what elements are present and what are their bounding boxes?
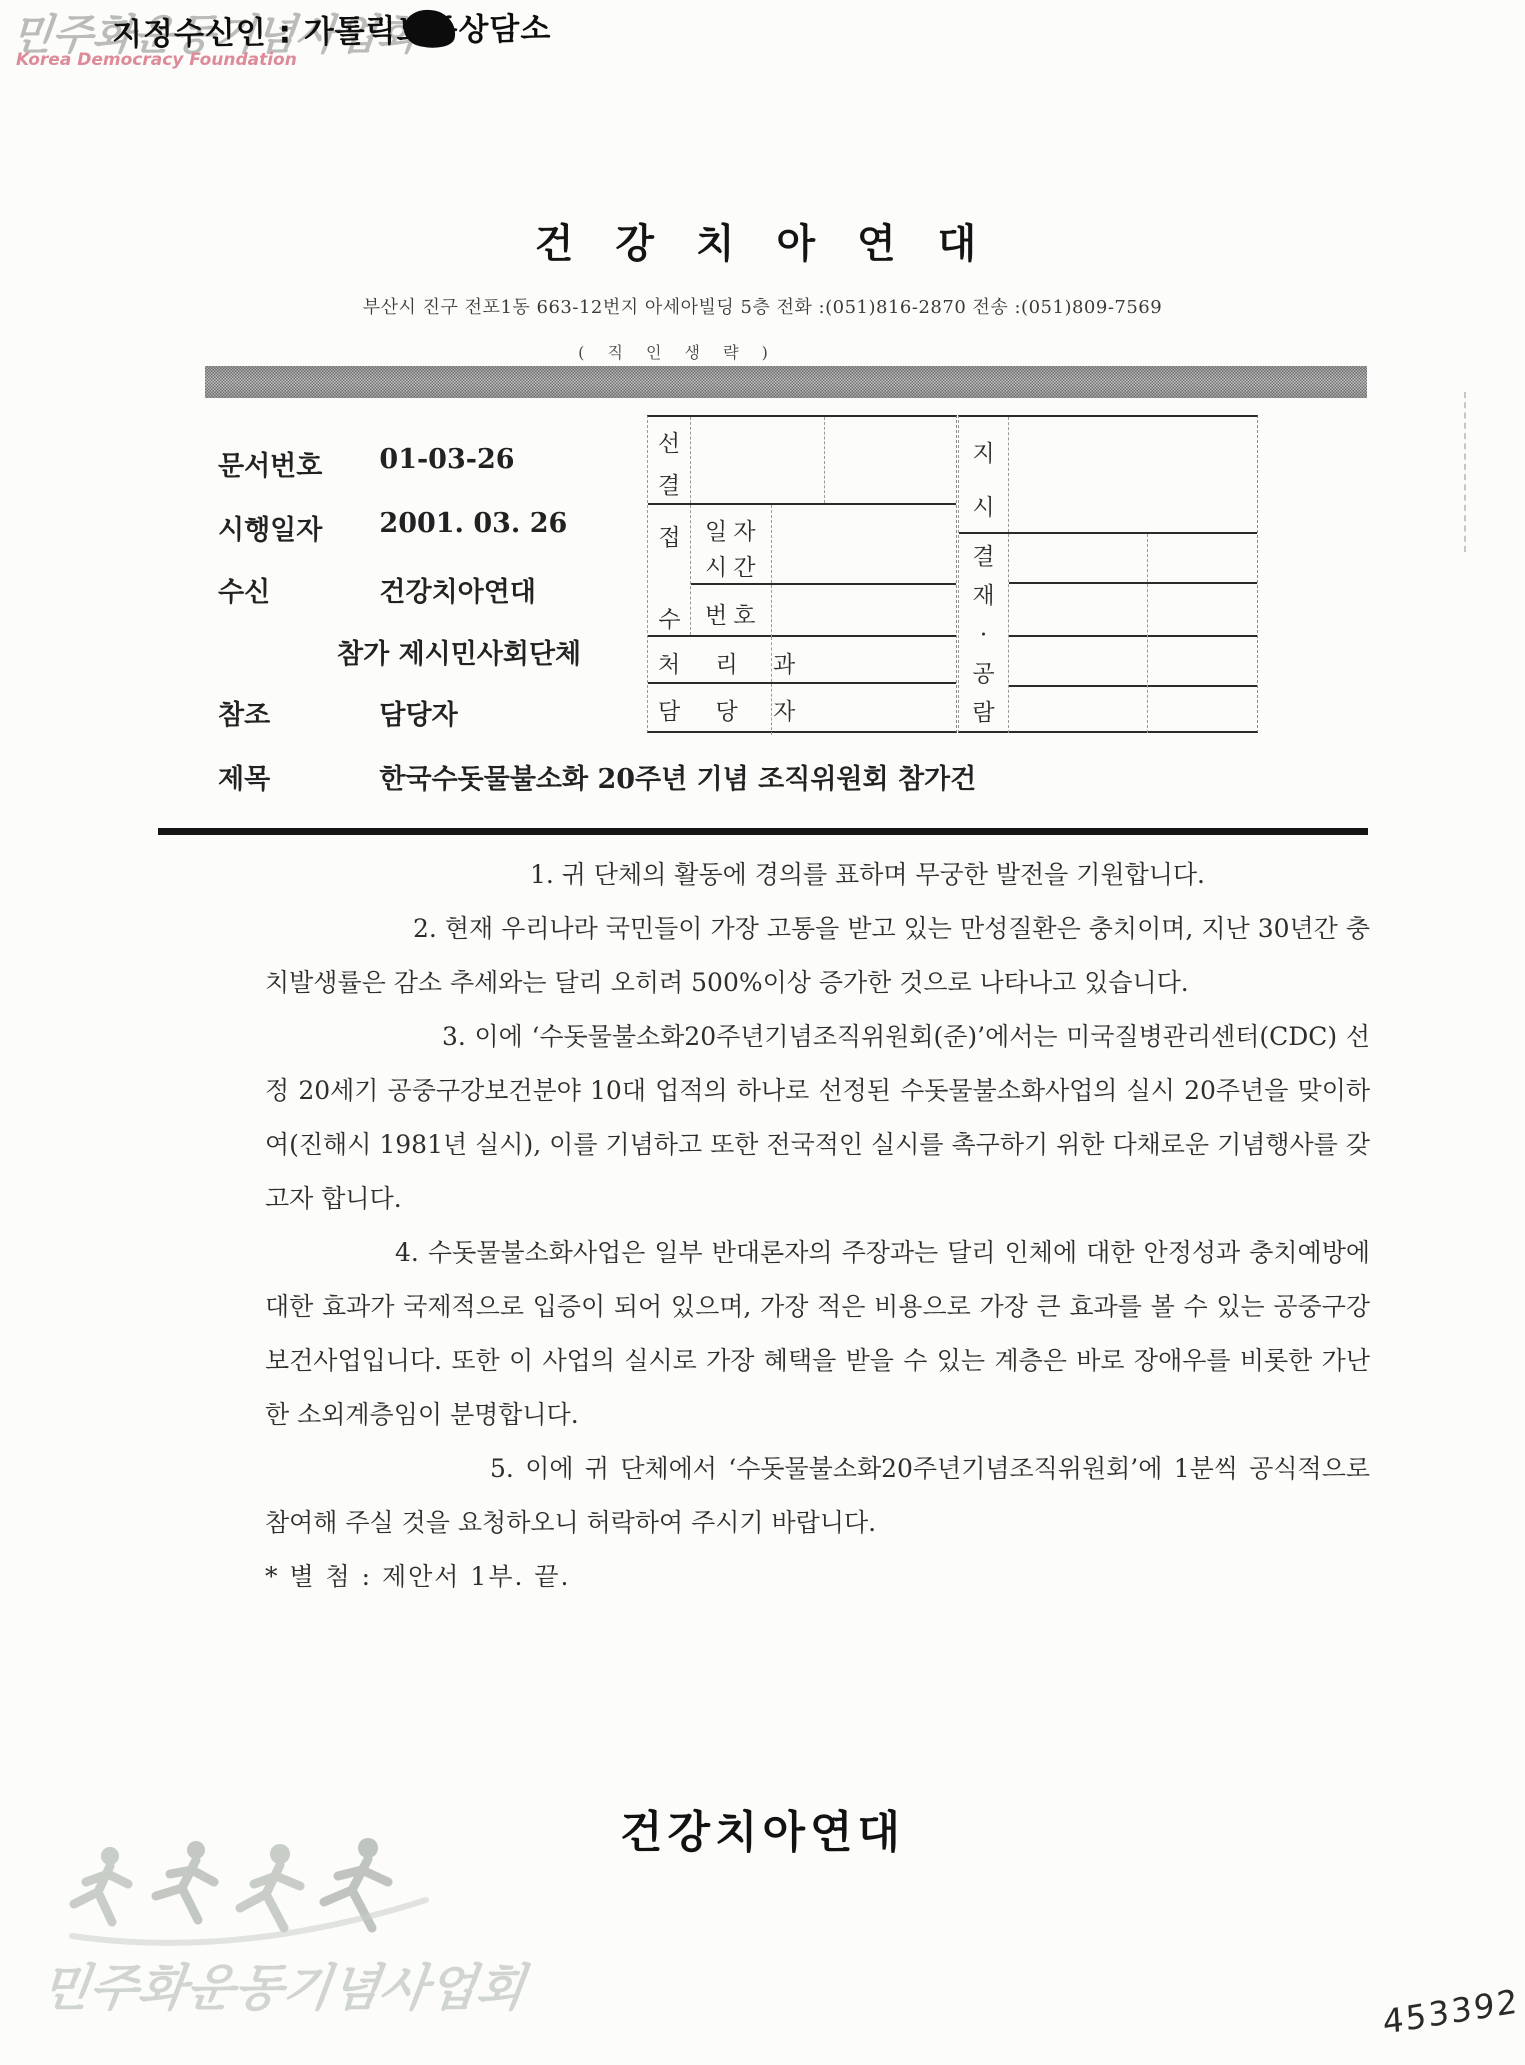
handwritten-recipient-note: 지정수신인 : 가톨릭노동상담소 <box>112 3 552 54</box>
section-divider-rule <box>158 828 1368 835</box>
approval-rows <box>1009 534 1257 733</box>
directive-row: 지시 <box>959 417 1257 534</box>
recipient-extra-value: 참가 제시민사회단체 <box>337 639 581 670</box>
cell-divider <box>771 585 772 637</box>
cc-value: 담당자 <box>379 693 457 732</box>
issue-date-label: 시행일자 <box>218 508 335 547</box>
org-title: 건 강 치 아 연 대 <box>0 212 1525 269</box>
receipt-date-label: 일자 <box>705 513 761 546</box>
approval-circulation-label-cell: 결재·공람 <box>959 534 1009 733</box>
approval-row <box>1009 584 1257 637</box>
seal-omitted-note: ( 직 인 생 략 ) <box>0 340 1355 363</box>
cell-divider <box>771 505 772 583</box>
officer-row: 담 당 자 <box>648 684 956 735</box>
directive-label-cell: 지시 <box>959 417 1009 532</box>
cell-divider <box>771 684 772 735</box>
recipient-value: 건강치아연대 <box>379 570 536 609</box>
receipt-label-bottom: 수 <box>648 601 691 634</box>
meta-row-recipient: 수신 건강치아연대 <box>218 570 536 609</box>
org-address-line: 부산시 진구 전포1동 663-12번지 아세아빌딩 5층 전화 :(051)8… <box>0 293 1525 319</box>
scanned-document-page: 민주화운동기념사업회 Korea Democracy Foundation 지정… <box>0 0 1525 2065</box>
body-paragraph-4: 4. 수돗물불소화사업은 일부 반대론자의 주장과는 달리 인체에 대한 안정성… <box>265 1226 1370 1442</box>
halftone-divider-band <box>205 366 1367 398</box>
receipt-number-label: 번호 <box>705 597 761 630</box>
receipt-stamp-table: 선결 접 수 일자 시간 번호 처 리 과 담 당 자 <box>647 415 957 733</box>
handwritten-archive-number: 453392 <box>1382 1981 1520 2042</box>
meta-row-recipient-extra: 참가 제시민사회단체 <box>337 632 581 671</box>
directive-label: 지시 <box>970 427 996 535</box>
receipt-section: 접 수 일자 시간 번호 <box>648 505 956 637</box>
doc-number-value: 01-03-26 <box>379 444 514 475</box>
letter-body: 1. 귀 단체의 활동에 경의를 표하며 무궁한 발전을 기원합니다. 2. 현… <box>265 848 1370 1604</box>
approval-stamp-table: 지시 결재·공람 <box>958 415 1258 733</box>
cell-divider <box>1147 534 1148 733</box>
running-figures-watermark <box>58 1838 438 1953</box>
receipt-label-top: 접 <box>648 519 691 552</box>
officer-label: 담 당 자 <box>658 693 809 726</box>
receipt-label-cell: 접 수 <box>648 505 691 635</box>
approval-circulation-label: 결재·공람 <box>970 538 996 733</box>
meta-row-cc: 참조 담당자 <box>218 693 458 732</box>
subject-label: 제목 <box>218 757 335 796</box>
approval-row <box>1009 687 1257 733</box>
issue-date-value: 2001. 03. 26 <box>379 508 567 539</box>
cc-label: 참조 <box>218 693 335 732</box>
meta-row-issue-date: 시행일자 2001. 03. 26 <box>218 508 567 547</box>
body-paragraph-1: 1. 귀 단체의 활동에 경의를 표하며 무궁한 발전을 기원합니다. <box>265 848 1370 902</box>
pre-approval-label: 선결 <box>656 423 682 507</box>
pre-approval-row: 선결 <box>648 417 956 505</box>
running-figures-group <box>72 1838 426 1943</box>
receipt-time-label: 시간 <box>705 549 761 582</box>
cell-divider <box>824 417 825 503</box>
foundation-watermark-korean-bottom: 민주화운동기념사업회 <box>38 1948 530 2020</box>
meta-row-doc-number: 문서번호 01-03-26 <box>218 444 515 483</box>
attachment-note: * 별 첨 : 제안서 1부. 끝. <box>265 1550 1370 1604</box>
body-paragraph-2: 2. 현재 우리나라 국민들이 가장 고통을 받고 있는 만성질환은 충치이며,… <box>265 902 1370 1010</box>
approval-circulation-section: 결재·공람 <box>959 534 1257 733</box>
pre-approval-label-cell: 선결 <box>648 417 691 503</box>
receipt-datetime-row: 일자 시간 <box>691 505 956 585</box>
approval-row <box>1009 637 1257 687</box>
handling-dept-row: 처 리 과 <box>648 637 956 684</box>
scan-artifact-mark <box>1464 392 1466 552</box>
recipient-label: 수신 <box>218 570 335 609</box>
subject-value: 한국수돗물불소화 20주년 기념 조직위원회 참가건 <box>379 757 976 796</box>
handling-dept-label: 처 리 과 <box>658 646 809 679</box>
body-paragraph-5: 5. 이에 귀 단체에서 ‘수돗물불소화20주년기념조직위원회’에 1분씩 공식… <box>265 1442 1370 1550</box>
receipt-number-row: 번호 <box>691 585 956 637</box>
meta-row-subject: 제목 한국수돗물불소화 20주년 기념 조직위원회 참가건 <box>218 757 976 796</box>
doc-number-label: 문서번호 <box>218 444 335 483</box>
body-paragraph-3: 3. 이에 ‘수돗물불소화20주년기념조직위원회(준)’에서는 미국질병관리센터… <box>265 1010 1370 1226</box>
approval-row <box>1009 534 1257 584</box>
cell-divider <box>771 637 772 682</box>
